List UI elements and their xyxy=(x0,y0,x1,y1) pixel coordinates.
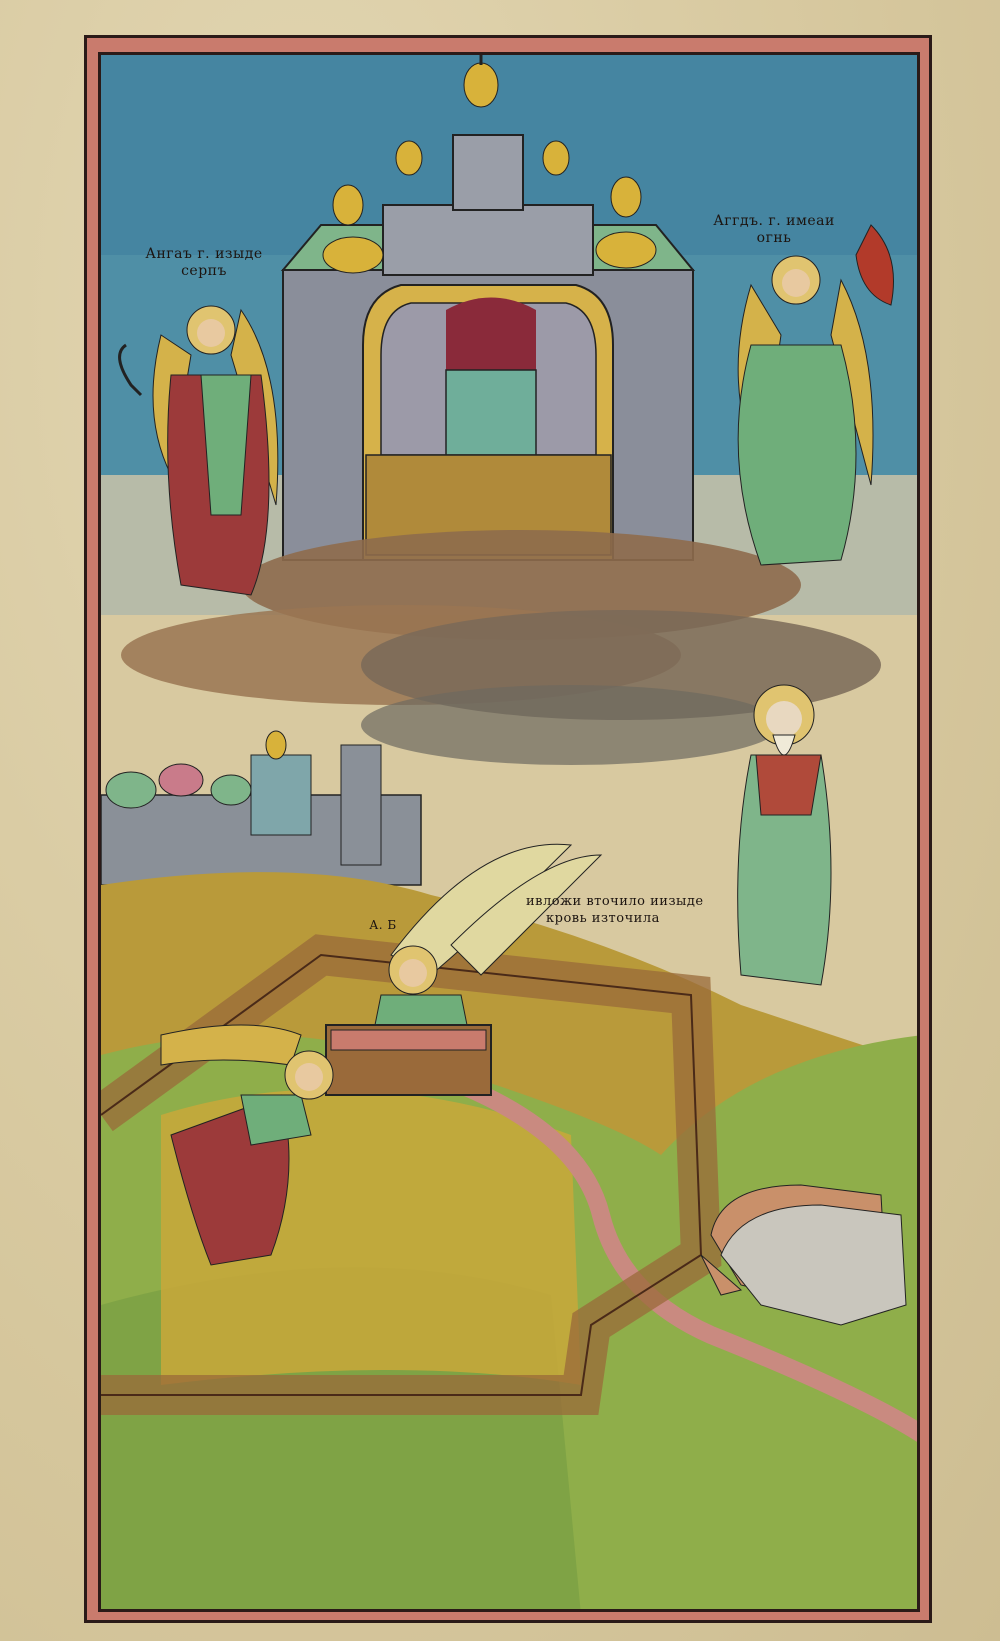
inscription-line: Аггдъ. г. имеаи xyxy=(699,213,849,230)
inscription-line: А. Б xyxy=(363,917,403,934)
left-angel-inscription: Ангаъ г. изыде серпъ xyxy=(134,246,274,280)
inscription-line: Ангаъ г. изыде xyxy=(134,246,274,263)
manuscript-page: Ангаъ г. изыде серпъ Аггдъ. г. имеаи огн… xyxy=(0,0,1000,1641)
inscription-line: кровь източила xyxy=(526,910,756,927)
miniature-artwork xyxy=(101,55,920,1612)
seated-angel-inscription: А. Б xyxy=(363,917,403,934)
inscription-line: серпъ xyxy=(134,263,274,280)
miniature-painting: Ангаъ г. изыде серпъ Аггдъ. г. имеаи огн… xyxy=(98,52,920,1612)
inscription-line: огнь xyxy=(699,230,849,247)
winepress-inscription: ивложи вточило иизыде кровь източила xyxy=(526,893,756,927)
right-angel-inscription: Аггдъ. г. имеаи огнь xyxy=(699,213,849,247)
inscription-line: ивложи вточило иизыде xyxy=(526,893,756,910)
